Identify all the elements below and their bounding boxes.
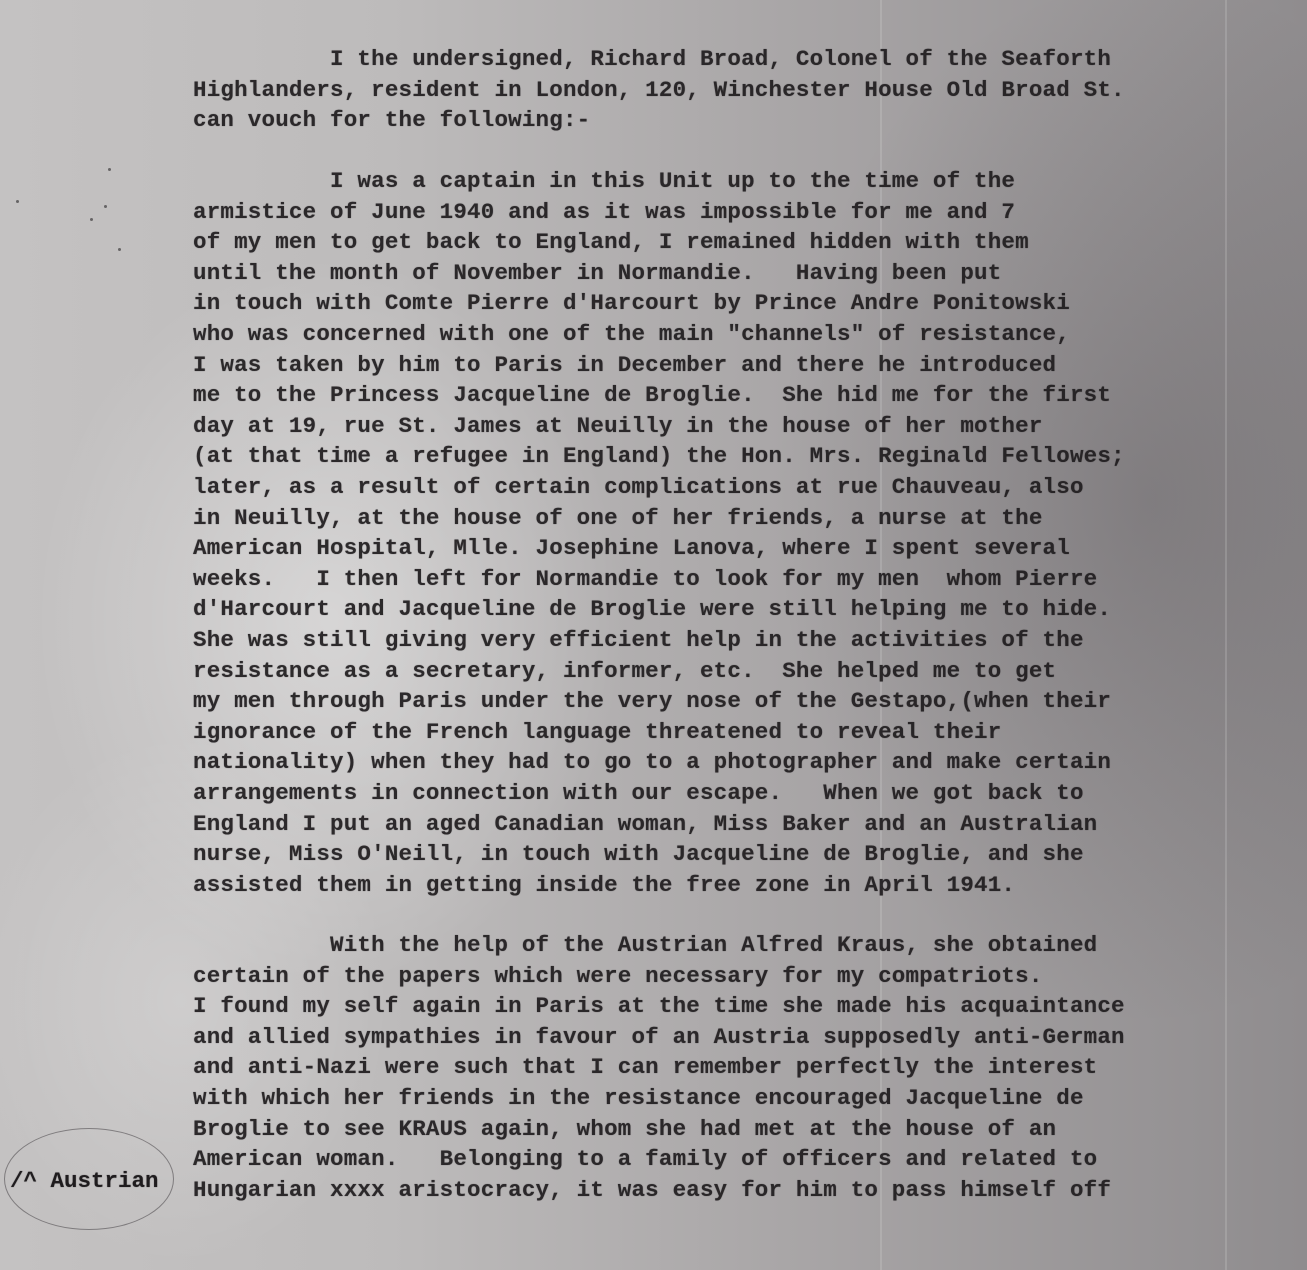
document-line: ignorance of the French language threate… — [193, 719, 1001, 745]
document-line: certain of the papers which were necessa… — [193, 963, 1043, 989]
document-line: and allied sympathies in favour of an Au… — [193, 1024, 1125, 1050]
inserted-word: Austrian — [51, 1168, 159, 1194]
document-line: armistice of June 1940 and as it was imp… — [193, 199, 1015, 225]
document-line: (at that time a refugee in England) the … — [193, 443, 1125, 469]
document-line: With the help of the Austrian Alfred Kra… — [193, 932, 1097, 958]
document-line: and anti-Nazi were such that I can remem… — [193, 1054, 1097, 1080]
document-line: She was still giving very efficient help… — [193, 627, 1084, 653]
document-line: in Neuilly, at the house of one of her f… — [193, 505, 1043, 531]
document-line: I was taken by him to Paris in December … — [193, 352, 1056, 378]
document-line: until the month of November in Normandie… — [193, 260, 1001, 286]
document-line: who was concerned with one of the main "… — [193, 321, 1070, 347]
document-line: arrangements in connection with our esca… — [193, 780, 1084, 806]
document-line: in touch with Comte Pierre d'Harcourt by… — [193, 290, 1070, 316]
document-line: day at 19, rue St. James at Neuilly in t… — [193, 413, 1043, 439]
document-line: resistance as a secretary, informer, etc… — [193, 658, 1056, 684]
document-line: can vouch for the following:- — [193, 107, 590, 133]
document-line: d'Harcourt and Jacqueline de Broglie wer… — [193, 596, 1111, 622]
document-line: I the undersigned, Richard Broad, Colone… — [193, 46, 1111, 72]
document-line: my men through Paris under the very nose… — [193, 688, 1111, 714]
document-line: nationality) when they had to go to a ph… — [193, 749, 1111, 775]
document-line: nurse, Miss O'Neill, in touch with Jacqu… — [193, 841, 1084, 867]
document-line: assisted them in getting inside the free… — [193, 872, 1015, 898]
document-line: Highlanders, resident in London, 120, Wi… — [193, 77, 1125, 103]
insertion-mark: /^ — [10, 1168, 37, 1194]
document-line: later, as a result of certain complicati… — [193, 474, 1084, 500]
document-line: I was a captain in this Unit up to the t… — [193, 168, 1015, 194]
document-line: me to the Princess Jacqueline de Broglie… — [193, 382, 1111, 408]
document-page: I the undersigned, Richard Broad, Colone… — [0, 0, 1307, 1270]
document-line: American Hospital, Mlle. Josephine Lanov… — [193, 535, 1070, 561]
document-line: American woman. Belonging to a family of… — [193, 1146, 1097, 1172]
document-line: of my men to get back to England, I rema… — [193, 229, 1029, 255]
document-line: I found my self again in Paris at the ti… — [193, 993, 1125, 1019]
document-line: Hungarian xxxx aristocracy, it was easy … — [193, 1177, 1111, 1203]
document-line: Broglie to see KRAUS again, whom she had… — [193, 1116, 1056, 1142]
document-line: weeks. I then left for Normandie to look… — [193, 566, 1097, 592]
document-line: England I put an aged Canadian woman, Mi… — [193, 811, 1097, 837]
typewritten-body: I the undersigned, Richard Broad, Colone… — [0, 0, 1307, 1270]
document-line: with which her friends in the resistance… — [193, 1085, 1084, 1111]
margin-annotation: /^ Austrian — [10, 1168, 159, 1194]
